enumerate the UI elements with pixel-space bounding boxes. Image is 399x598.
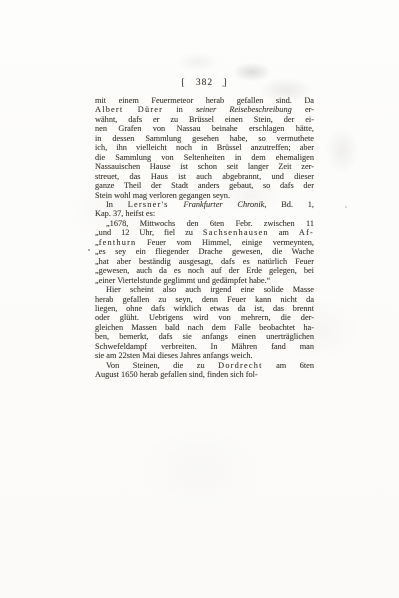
text-segment: Kap. 37, heifst es: (95, 209, 155, 218)
text-line: Nassauischen Hause ist schon seit langer… (95, 162, 314, 171)
text-segment: die Sammlung von Seltenheiten in dem ehe… (95, 153, 314, 162)
paragraph: mit einem Feuermeteor herab gefallen sin… (95, 96, 314, 200)
text-segment: „hat aber beständig ausgesagt, dafs es n… (95, 257, 314, 266)
text-segment: am 6ten (263, 361, 314, 370)
text-segment: „einer Viertelstunde geglimmt und gedämp… (95, 276, 270, 285)
letterspaced-text: Dordrecht (218, 361, 262, 370)
paragraph: In Lersner's Frankfurter Chronik, Bd. 1,… (95, 200, 314, 219)
text-segment: ben, bemerkt, dafs sie anfangs einen une… (95, 332, 314, 341)
letterspaced-text: Albert Dürer (95, 105, 163, 114)
text-line: in dessen Sammlung gesehen habe, so verm… (95, 134, 314, 143)
text-segment: August 1650 herab gefallen sind, finden … (95, 370, 258, 379)
paragraph: Von Steinen, die zu Dordrecht am 6tenAug… (95, 361, 314, 380)
paragraph: Hier scheint also auch irgend eine solid… (95, 285, 314, 361)
text-segment: mit einem Feuermeteor herab gefallen sin… (95, 96, 314, 105)
text-line: wähnt, dafs er zu Brüssel einen Stein, d… (95, 115, 314, 124)
text-segment: „und 12 Uhr, fiel zu (95, 228, 203, 237)
text-segment: sie am 22sten Mai dieses Jahres anfangs … (95, 351, 253, 360)
text-segment: „1678, Mittwochs den 6ten Febr. zwischen… (106, 219, 314, 228)
text-line: „hat aber beständig ausgesagt, dafs es n… (95, 257, 314, 266)
text-segment: Von Steinen, die zu (106, 361, 218, 370)
text-line: „einer Viertelstunde geglimmt und gedämp… (95, 276, 314, 285)
text-line: mit einem Feuermeteor herab gefallen sin… (95, 96, 314, 105)
letterspaced-text: Lersner's (128, 200, 169, 209)
text-segment: ganze Theil der Stadt anders gebaut, so … (95, 181, 314, 190)
text-line: Kap. 37, heifst es: (95, 209, 314, 218)
text-segment: nen Grafen von Nassau beinahe erschlagen… (95, 124, 314, 133)
scanned-book-page: [ 382 ] mit einem Feuermeteor herab gefa… (0, 0, 399, 598)
text-segment: am (269, 228, 299, 237)
text-segment: oder glüht. Uebrigens wird von mehrern, … (95, 313, 314, 322)
text-line: Von Steinen, die zu Dordrecht am 6ten (95, 361, 314, 370)
text-line: ben, bemerkt, dafs sie anfangs einen une… (95, 332, 314, 341)
text-segment: streuet, das Haus ist auch abgebrannt, u… (95, 172, 314, 181)
page-number: [ 382 ] (95, 78, 314, 88)
text-line: Schwefeldampf verbreiten. In Mähren fand… (95, 342, 314, 351)
text-segment: in dessen Sammlung gesehen habe, so verm… (95, 134, 314, 143)
text-segment: in (163, 105, 196, 114)
text-segment: Feuer vom Himmel, einige vermeynten, (136, 238, 314, 247)
italic-text: seiner Reisebeschreibung (196, 105, 292, 114)
text-line: streuet, das Haus ist auch abgebrannt, u… (95, 172, 314, 181)
text-line: In Lersner's Frankfurter Chronik, Bd. 1, (95, 200, 314, 209)
text-line: liegen, ohne dafs wirklich etwas da ist,… (95, 304, 314, 313)
text-segment: , Bd. 1, (264, 200, 314, 209)
text-segment: wähnt, dafs er zu Brüssel einen Stein, d… (95, 115, 314, 124)
paragraph: „1678, Mittwochs den 6ten Febr. zwischen… (95, 219, 314, 285)
text-segment: In (106, 200, 128, 209)
text-line: Hier scheint also auch irgend eine solid… (95, 285, 314, 294)
scan-speck (222, 85, 224, 87)
text-line: „fenthurn Feuer vom Himmel, einige verme… (95, 238, 314, 247)
text-line: ganze Theil der Stadt anders gebaut, so … (95, 181, 314, 190)
text-line: ich, ihn vielleicht noch in Brüssel anzu… (95, 143, 314, 152)
text-segment: „gewesen, auch da es noch auf der Erde g… (95, 266, 314, 275)
text-segment: Stein wohl mag verloren gegangen seyn. (95, 191, 230, 200)
text-line: gleichen Massen bald nach dem Falle beob… (95, 323, 314, 332)
text-segment: liegen, ohne dafs wirklich etwas da ist,… (95, 304, 314, 313)
text-segment (169, 200, 184, 209)
text-line: August 1650 herab gefallen sind, finden … (95, 370, 314, 379)
scan-speck (88, 249, 90, 251)
text-segment: „es sey ein fliegender Drache gewesen, d… (95, 247, 314, 256)
text-segment: herab gefallen zu seyn, denn Feuer kann … (95, 295, 314, 304)
text-block: mit einem Feuermeteor herab gefallen sin… (95, 96, 314, 380)
scan-speck (345, 206, 347, 208)
text-line: „1678, Mittwochs den 6ten Febr. zwischen… (95, 219, 314, 228)
text-line: sie am 22sten Mai dieses Jahres anfangs … (95, 351, 314, 360)
text-line: herab gefallen zu seyn, denn Feuer kann … (95, 295, 314, 304)
text-segment: Nassauischen Hause ist schon seit langer… (95, 162, 314, 171)
text-segment: Schwefeldampf verbreiten. In Mähren fand… (95, 342, 314, 351)
text-line: nen Grafen von Nassau beinahe erschlagen… (95, 124, 314, 133)
letterspaced-text: fenthurn (99, 238, 137, 247)
text-segment: gleichen Massen bald nach dem Falle beob… (95, 323, 314, 332)
text-segment: ich, ihn vielleicht noch in Brüssel anzu… (95, 143, 314, 152)
text-line: Stein wohl mag verloren gegangen seyn. (95, 191, 314, 200)
letterspaced-text: Af- (299, 228, 314, 237)
text-line: oder glüht. Uebrigens wird von mehrern, … (95, 313, 314, 322)
text-line: Albert Dürer in seiner Reisebeschreibung… (95, 105, 314, 114)
text-line: „gewesen, auch da es noch auf der Erde g… (95, 266, 314, 275)
text-line: „und 12 Uhr, fiel zu Sachsenhausen am Af… (95, 228, 314, 237)
text-line: „es sey ein fliegender Drache gewesen, d… (95, 247, 314, 256)
text-segment: er- (292, 105, 314, 114)
letterspaced-text: Sachsenhausen (203, 228, 269, 237)
text-segment: Hier scheint also auch irgend eine solid… (106, 285, 314, 294)
italic-text: Frankfurter Chronik (183, 200, 264, 209)
text-line: die Sammlung von Seltenheiten in dem ehe… (95, 153, 314, 162)
